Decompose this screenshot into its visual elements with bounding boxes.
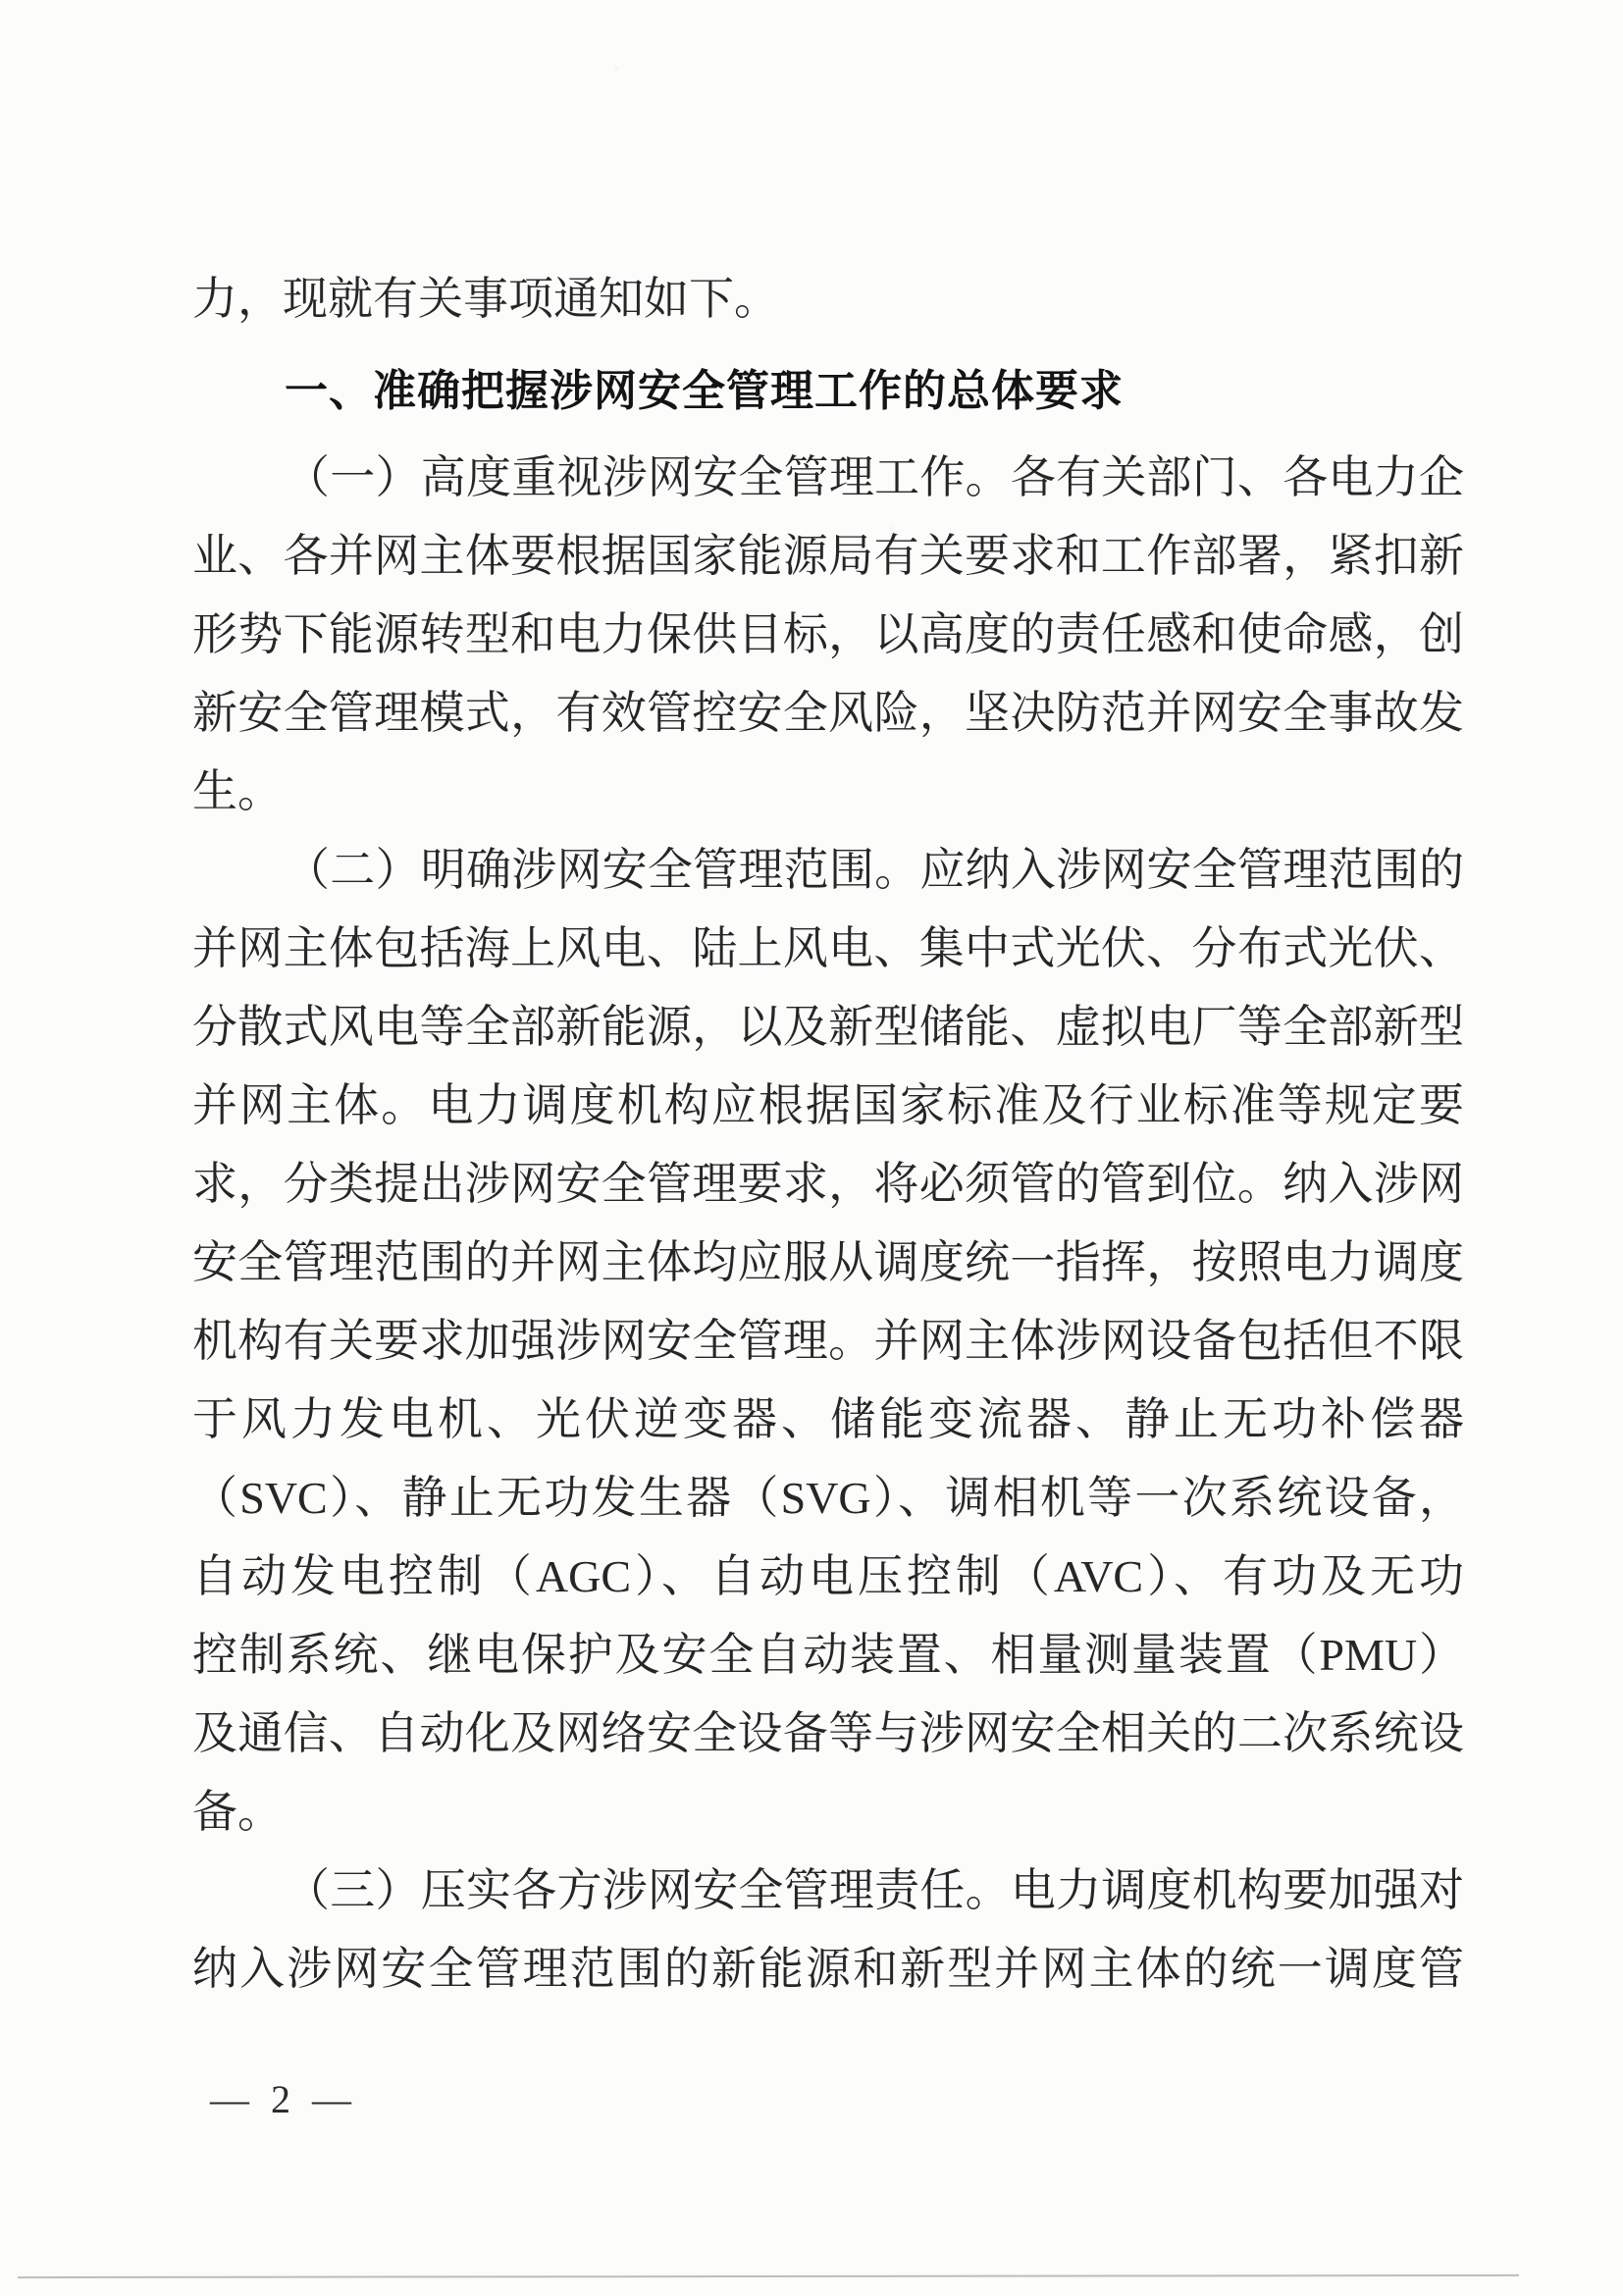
document-page: 力，现就有关事项通知如下。一、准确把握涉网安全管理工作的总体要求（一）高度重视涉… xyxy=(0,0,1623,2296)
text-line: 控制系统、继电保护及安全自动装置、相量测量装置（PMU） xyxy=(192,1616,1464,1695)
text-line: 并网主体。电力调度机构应根据国家标准及行业标准等规定要 xyxy=(192,1067,1464,1145)
text-line: 形势下能源转型和电力保供目标，以高度的责任感和使命感，创 xyxy=(192,596,1464,674)
text-line: （SVC）、静止无功发生器（SVG）、调相机等一次系统设备， xyxy=(192,1459,1464,1538)
text-line: 于风力发电机、光伏逆变器、储能变流器、静止无功补偿器 xyxy=(192,1381,1464,1459)
text-line: 分散式风电等全部新能源，以及新型储能、虚拟电厂等全部新型 xyxy=(192,988,1464,1067)
text-line: 自动发电控制（AGC）、自动电压控制（AVC）、有功及无功 xyxy=(192,1538,1464,1616)
text-line: 安全管理范围的并网主体均应服从调度统一指挥，按照电力调度 xyxy=(192,1224,1464,1302)
text-line: 生。 xyxy=(192,753,1464,831)
text-line: （二）明确涉网安全管理范围。应纳入涉网安全管理范围的 xyxy=(192,831,1464,910)
text-line: 机构有关要求加强涉网安全管理。并网主体涉网设备包括但不限 xyxy=(192,1302,1464,1381)
text-line: （一）高度重视涉网安全管理工作。各有关部门、各电力企 xyxy=(192,439,1464,517)
page-number: — 2 — xyxy=(210,2072,357,2127)
text-line: 业、各并网主体要根据国家能源局有关要求和工作部署，紧扣新 xyxy=(192,517,1464,596)
text-line: 备。 xyxy=(192,1773,1464,1852)
section-heading: 一、准确把握涉网安全管理工作的总体要求 xyxy=(192,352,1464,431)
text-line: 并网主体包括海上风电、陆上风电、集中式光伏、分布式光伏、 xyxy=(192,910,1464,988)
text-line: 力，现就有关事项通知如下。 xyxy=(192,260,1464,339)
text-line: 求，分类提出涉网安全管理要求，将必须管的管到位。纳入涉网 xyxy=(192,1145,1464,1224)
text-line: 及通信、自动化及网络安全设备等与涉网安全相关的二次系统设 xyxy=(192,1695,1464,1773)
scan-artifact-line xyxy=(18,2274,1519,2278)
text-line: 纳入涉网安全管理范围的新能源和新型并网主体的统一调度管 xyxy=(192,1930,1464,2009)
text-line: （三）压实各方涉网安全管理责任。电力调度机构要加强对 xyxy=(192,1852,1464,1930)
text-line: 新安全管理模式，有效管控安全风险，坚决防范并网安全事故发 xyxy=(192,674,1464,753)
document-body: 力，现就有关事项通知如下。一、准确把握涉网安全管理工作的总体要求（一）高度重视涉… xyxy=(192,260,1464,2009)
